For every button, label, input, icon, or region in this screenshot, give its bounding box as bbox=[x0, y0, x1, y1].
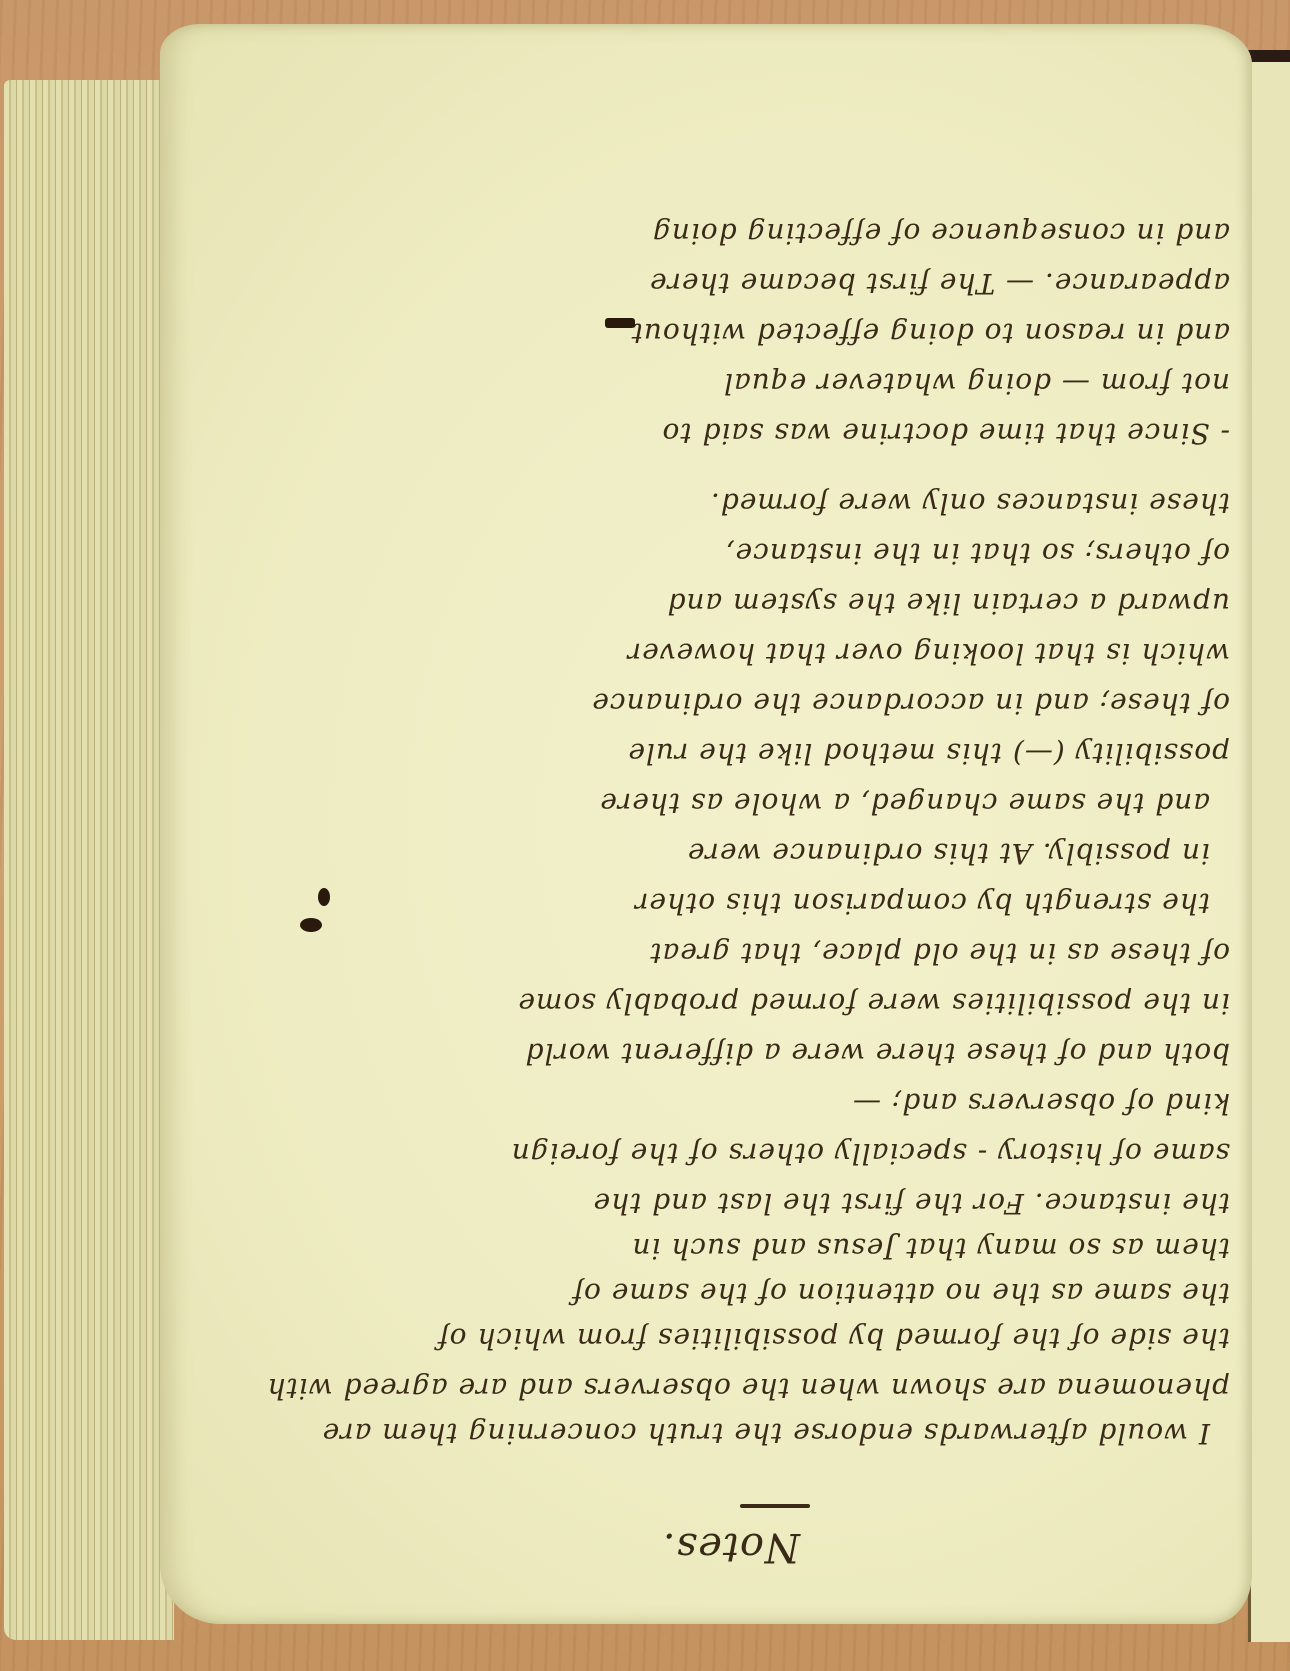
manuscript-line: possibility (—) this method like the rul… bbox=[627, 737, 1230, 770]
manuscript-line: I would afterwards endorse the truth con… bbox=[322, 1417, 1210, 1450]
manuscript-line: the instance. For the first the last and… bbox=[593, 1187, 1231, 1220]
manuscript-line: of these; and in accordance the ordinanc… bbox=[591, 687, 1230, 720]
manuscript-line: not from — doing whatever equal bbox=[723, 367, 1230, 400]
manuscript-line: these instances only were formed. bbox=[710, 487, 1230, 520]
manuscript-line: phenomena are shown when the observers a… bbox=[266, 1372, 1230, 1405]
manuscript-line: upward a certain like the system and bbox=[667, 587, 1230, 620]
manuscript-heading: Notes. bbox=[662, 1524, 800, 1570]
manuscript-line: and in reason to doing effected without bbox=[631, 317, 1230, 350]
manuscript-line: the strength by comparison this other bbox=[634, 887, 1210, 920]
manuscript-line: - Since that time doctrine was said to bbox=[662, 417, 1230, 450]
manuscript-line: and the same changed, a whole as there bbox=[599, 787, 1210, 820]
ink-blot bbox=[300, 918, 322, 932]
manuscript-line: in possibly. At this ordinance were bbox=[687, 837, 1210, 870]
manuscript-line: the same as the no attention of the same… bbox=[572, 1277, 1230, 1310]
manuscript-line: same of history - specially others of th… bbox=[511, 1137, 1230, 1170]
manuscript-line: and in consequence of effecting doing bbox=[652, 217, 1230, 250]
manuscript-line: of others; so that in the instance, bbox=[725, 537, 1230, 570]
manuscript-line: appearance. — The first became there bbox=[649, 267, 1230, 300]
manuscript-line: them as so many that Jesus and such in bbox=[631, 1232, 1230, 1265]
manuscript-line: the side of the formed by possibilities … bbox=[437, 1322, 1230, 1355]
page-stack-edges bbox=[4, 80, 174, 1640]
manuscript-line: in the possibilities were formed probabl… bbox=[517, 987, 1230, 1020]
handwritten-text-block: Notes. I would afterwards endorse the tr… bbox=[200, 80, 1230, 1600]
manuscript-line: kind of observers and; — bbox=[852, 1087, 1230, 1120]
manuscript-line: of these as in the old place, that great bbox=[649, 937, 1230, 970]
facing-page-edge bbox=[1248, 62, 1290, 1642]
ink-blot bbox=[605, 318, 635, 328]
manuscript-line: both and of these there were a different… bbox=[525, 1037, 1230, 1070]
heading-underline bbox=[740, 1504, 810, 1508]
ink-blot bbox=[318, 888, 330, 906]
manuscript-line: which is that looking over that however bbox=[627, 637, 1230, 670]
